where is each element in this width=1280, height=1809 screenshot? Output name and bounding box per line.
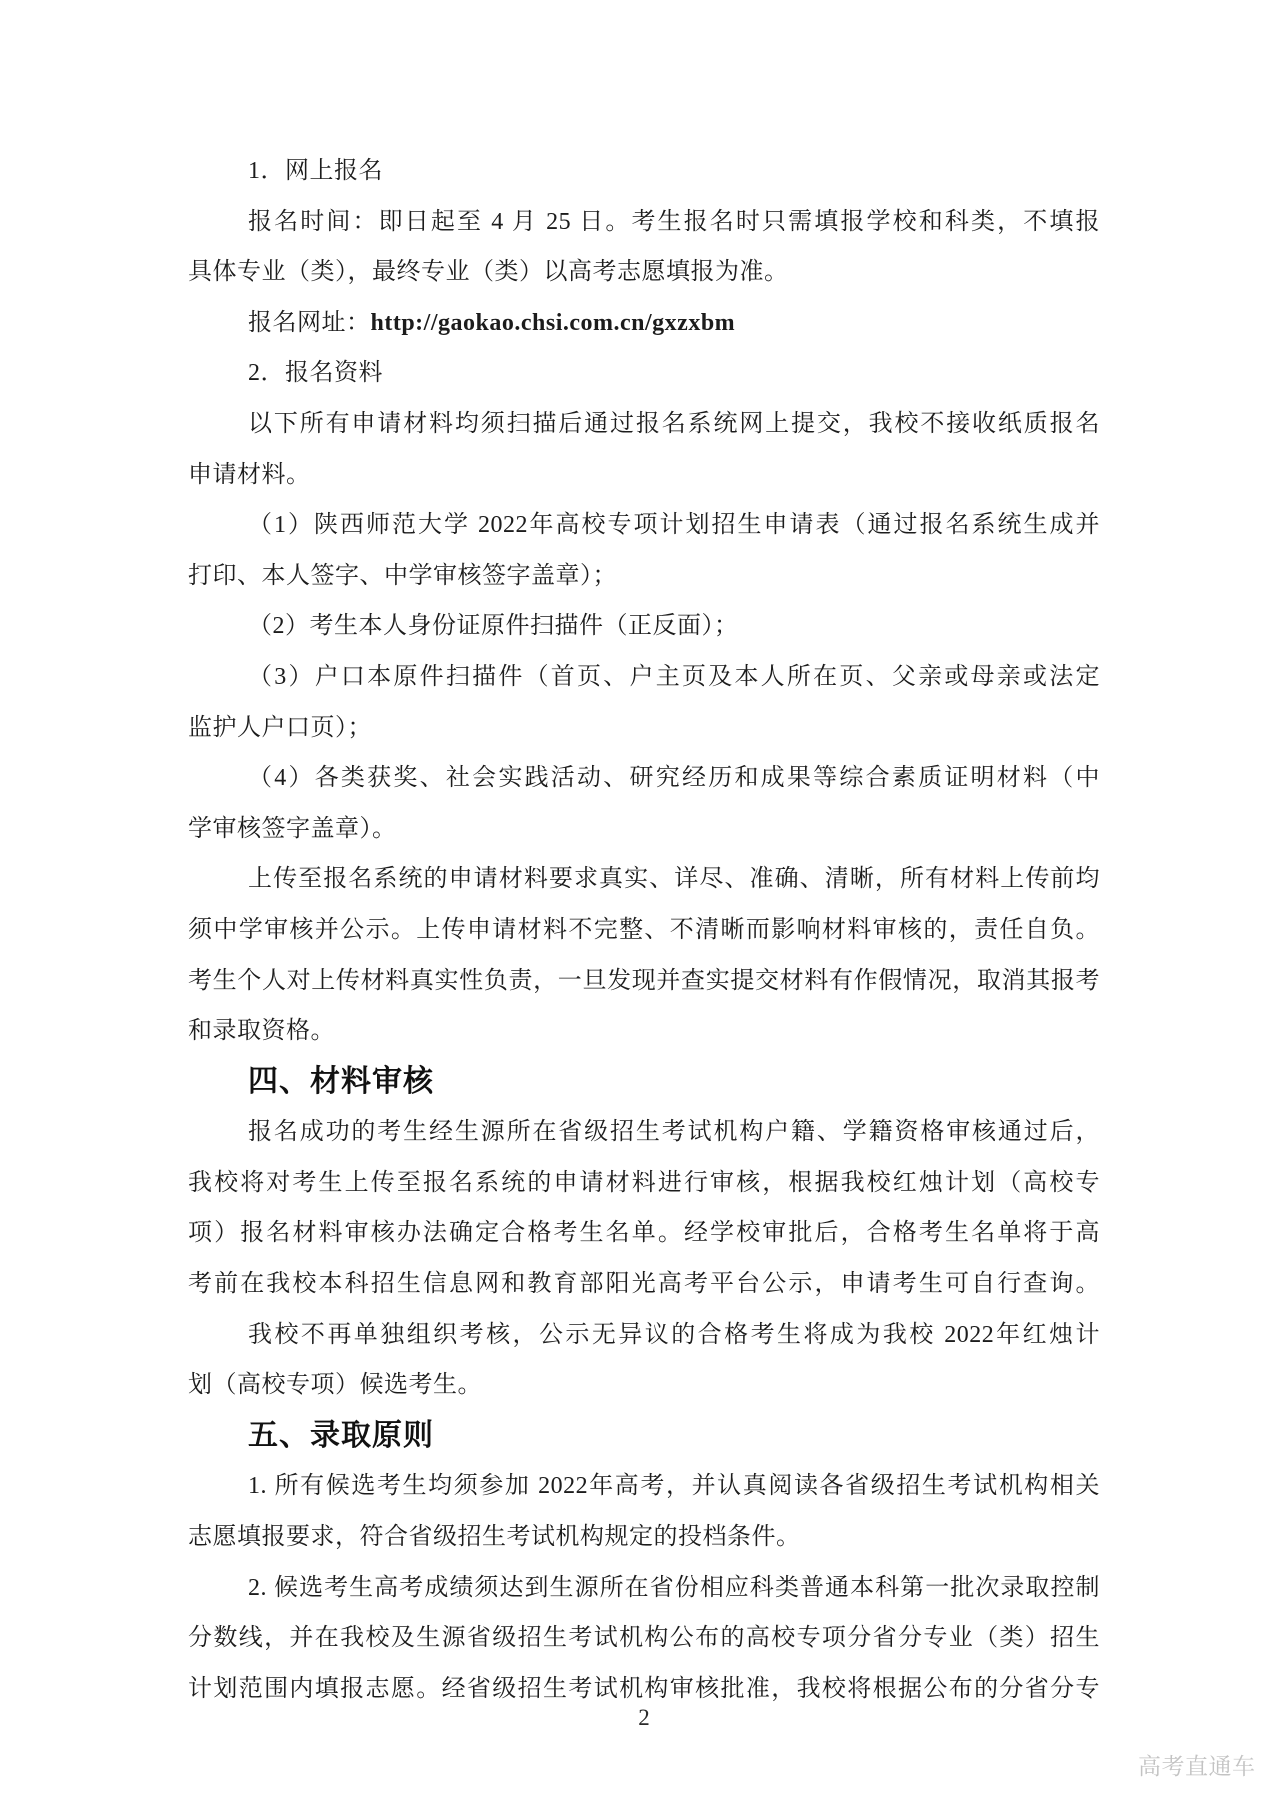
text-line: 具体专业（类），最终专业（类）以高考志愿填报为准。 [188, 247, 1100, 298]
text-line: 1．网上报名 [188, 146, 1100, 197]
watermark-text: 高考直通车 [1138, 1748, 1256, 1784]
text-line: 打印、本人签字、中学审核签字盖章）； [188, 551, 1100, 602]
text-line: 申请材料。 [188, 450, 1100, 501]
text-line: 2．报名资料 [188, 348, 1100, 399]
document-page: 1．网上报名报名时间：即日起至 4 月 25 日。考生报名时只需填报学校和科类，… [0, 0, 1280, 1809]
section-heading: 五、录取原则 [188, 1411, 1100, 1462]
section-heading: 四、材料审核 [188, 1057, 1100, 1108]
text-line: 我校将对考生上传至报名系统的申请材料进行审核，根据我校红烛计划（高校专 [188, 1158, 1100, 1209]
text-line: 2. 候选考生高考成绩须达到生源所在省份相应科类普通本科第一批次录取控制 [188, 1563, 1100, 1614]
text-line: 考前在我校本科招生信息网和教育部阳光高考平台公示，申请考生可自行查询。 [188, 1259, 1100, 1310]
text-line: 以下所有申请材料均须扫描后通过报名系统网上提交，我校不接收纸质报名 [188, 399, 1100, 450]
text-line: 须中学审核并公示。上传申请材料不完整、不清晰而影响材料审核的，责任自负。 [188, 905, 1100, 956]
text-line: 分数线，并在我校及生源省级招生考试机构公布的高校专项分省分专业（类）招生 [188, 1613, 1100, 1664]
text-line: 监护人户口页）； [188, 703, 1100, 754]
text-line: 上传至报名系统的申请材料要求真实、详尽、准确、清晰，所有材料上传前均 [188, 854, 1100, 905]
text-line: 我校不再单独组织考核，公示无异议的合格考生将成为我校 2022年红烛计 [188, 1310, 1100, 1361]
text-line: （2）考生本人身份证原件扫描件（正反面）； [188, 601, 1100, 652]
registration-url: http://gaokao.chsi.com.cn/gxzxbm [371, 310, 736, 336]
text-line: 志愿填报要求，符合省级招生考试机构规定的投档条件。 [188, 1512, 1100, 1563]
text-line: （1）陕西师范大学 2022年高校专项计划招生申请表（通过报名系统生成并 [188, 500, 1100, 551]
text-line: （4）各类获奖、社会实践活动、研究经历和成果等综合素质证明材料（中 [188, 753, 1100, 804]
page-number: 2 [188, 1696, 1100, 1740]
text-line: 项）报名材料审核办法确定合格考生名单。经学校审批后，合格考生名单将于高 [188, 1208, 1100, 1259]
text-line: 划（高校专项）候选考生。 [188, 1360, 1100, 1411]
text-line: 1. 所有候选考生均须参加 2022年高考，并认真阅读各省级招生考试机构相关 [188, 1461, 1100, 1512]
url-label: 报名网址： [248, 310, 371, 336]
text-line: 学审核签字盖章）。 [188, 804, 1100, 855]
text-line: 和录取资格。 [188, 1006, 1100, 1057]
text-line: 报名网址：http://gaokao.chsi.com.cn/gxzxbm [188, 298, 1100, 349]
text-line: （3）户口本原件扫描件（首页、户主页及本人所在页、父亲或母亲或法定 [188, 652, 1100, 703]
text-line: 考生个人对上传材料真实性负责，一旦发现并查实提交材料有作假情况，取消其报考 [188, 956, 1100, 1007]
document-body: 1．网上报名报名时间：即日起至 4 月 25 日。考生报名时只需填报学校和科类，… [188, 146, 1100, 1714]
text-line: 报名时间：即日起至 4 月 25 日。考生报名时只需填报学校和科类，不填报 [188, 197, 1100, 248]
text-line: 报名成功的考生经生源所在省级招生考试机构户籍、学籍资格审核通过后， [188, 1107, 1100, 1158]
